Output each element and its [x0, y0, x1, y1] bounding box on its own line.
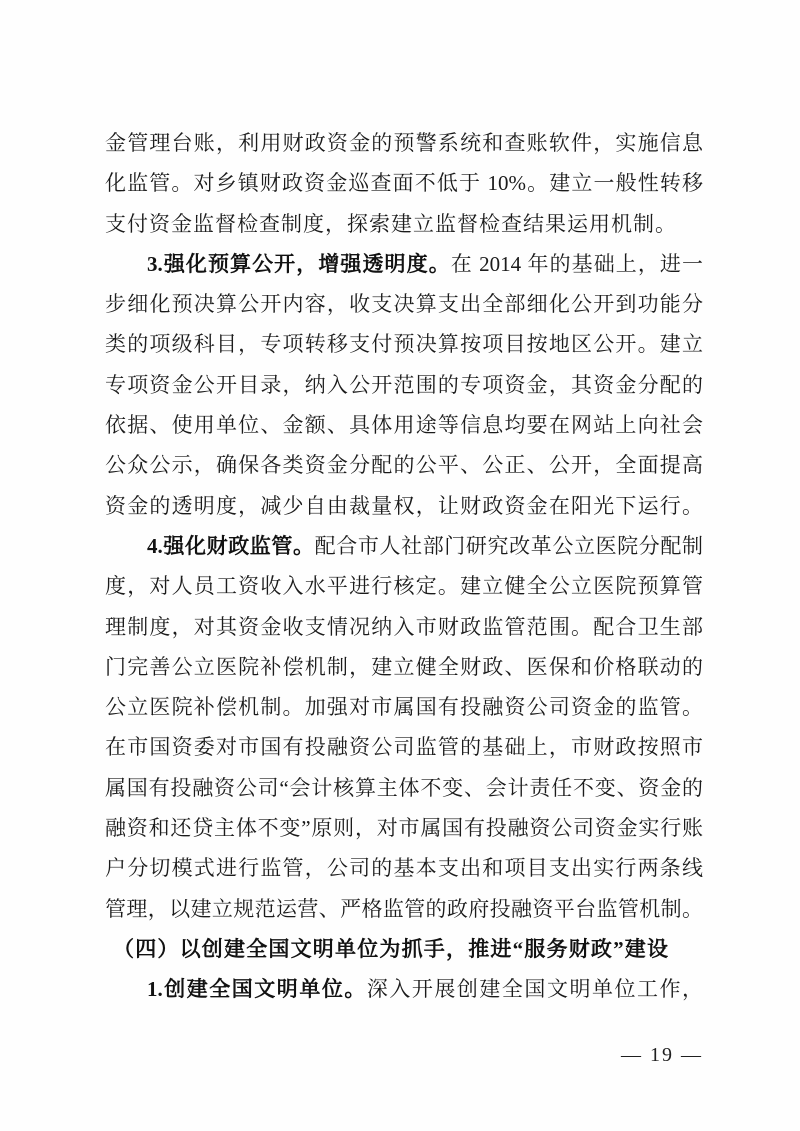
body-text: 金管理台账，利用财政资金的预警系统和查账软件，实施信息 [105, 131, 703, 155]
body-text: 门完善公立医院补偿机制，建立健全财政、医保和价格联动的 [105, 655, 703, 679]
text-line: 支付资金监督检查制度，探索建立监督检查结果运用机制。 [105, 204, 703, 244]
text-line: 融资和还贷主体不变”原则，对市属国有投融资公司资金实行账 [105, 808, 703, 848]
text-line: 度，对人员工资收入水平进行核定。建立健全公立医院预算管 [105, 566, 703, 606]
body-text: 度，对人员工资收入水平进行核定。建立健全公立医院预算管 [105, 574, 703, 598]
text-line: 公立医院补偿机制。加强对市属国有投融资公司资金的监管。 [105, 687, 703, 727]
text-line: 户分切模式进行监管，公司的基本支出和项目支出实行两条线 [105, 848, 703, 888]
text-line: 理制度，对其资金收支情况纳入市财政监管范围。配合卫生部 [105, 607, 703, 647]
text-line: 在市国资委对市国有投融资公司监管的基础上，市财政按照市 [105, 727, 703, 767]
text-line: 属国有投融资公司“会计核算主体不变、会计责任不变、资金的 [105, 768, 703, 808]
text-line: 公众公示，确保各类资金分配的公平、公正、公开，全面提高 [105, 445, 703, 485]
document-body: 金管理台账，利用财政资金的预警系统和查账软件，实施信息化监管。对乡镇财政资金巡查… [105, 123, 703, 1010]
text-line: 步细化预决算公开内容，收支决算支出全部细化公开到功能分 [105, 284, 703, 324]
body-text: 类的项级科目，专项转移支付预决算按项目按地区公开。建立 [105, 332, 703, 356]
text-line: 依据、使用单位、金额、具体用途等信息均要在网站上向社会 [105, 405, 703, 445]
text-line: 专项资金公开目录，纳入公开范围的专项资金，其资金分配的 [105, 365, 703, 405]
heading-text: 4.强化财政监管。 [147, 534, 315, 558]
body-text: 在市国资委对市国有投融资公司监管的基础上，市财政按照市 [105, 735, 703, 759]
body-text: 属国有投融资公司“会计核算主体不变、会计责任不变、资金的 [105, 776, 703, 800]
body-text: 步细化预决算公开内容，收支决算支出全部细化公开到功能分 [105, 292, 703, 316]
body-text: 依据、使用单位、金额、具体用途等信息均要在网站上向社会 [105, 413, 703, 437]
body-text: 融资和还贷主体不变”原则，对市属国有投融资公司资金实行账 [105, 816, 703, 840]
body-text: 公众公示，确保各类资金分配的公平、公正、公开，全面提高 [105, 453, 703, 477]
heading-text: 3.强化预算公开，增强透明度。 [147, 252, 451, 276]
body-text: 资金的透明度，减少自由裁量权，让财政资金在阳光下运行。 [105, 494, 703, 518]
text-line: 1.创建全国文明单位。深入开展创建全国文明单位工作， [105, 969, 703, 1009]
text-line: 类的项级科目，专项转移支付预决算按项目按地区公开。建立 [105, 324, 703, 364]
body-text: 深入开展创建全国文明单位工作， [367, 977, 703, 1001]
text-line: 3.强化预算公开，增强透明度。在 2014 年的基础上，进一 [105, 244, 703, 284]
body-text: 理制度，对其资金收支情况纳入市财政监管范围。配合卫生部 [105, 615, 703, 639]
text-line: 管理，以建立规范运营、严格监管的政府投融资平台监管机制。 [105, 889, 703, 929]
text-line: 4.强化财政监管。配合市人社部门研究改革公立医院分配制 [105, 526, 703, 566]
text-line: 资金的透明度，减少自由裁量权，让财政资金在阳光下运行。 [105, 486, 703, 526]
heading-text: 1.创建全国文明单位。 [147, 977, 367, 1001]
page-number: — 19 — [105, 1044, 703, 1067]
heading-text: （四）以创建全国文明单位为抓手，推进“服务财政”建设 [113, 937, 669, 961]
text-line: 化监管。对乡镇财政资金巡查面不低于 10%。建立一般性转移 [105, 163, 703, 203]
body-text: 公立医院补偿机制。加强对市属国有投融资公司资金的监管。 [105, 695, 703, 719]
text-line: 门完善公立医院补偿机制，建立健全财政、医保和价格联动的 [105, 647, 703, 687]
body-text: 户分切模式进行监管，公司的基本支出和项目支出实行两条线 [105, 856, 703, 880]
body-text: 支付资金监督检查制度，探索建立监督检查结果运用机制。 [105, 212, 677, 236]
body-text: 管理，以建立规范运营、严格监管的政府投融资平台监管机制。 [105, 897, 703, 921]
document-page: 金管理台账，利用财政资金的预警系统和查账软件，实施信息化监管。对乡镇财政资金巡查… [0, 0, 800, 1131]
body-text: 专项资金公开目录，纳入公开范围的专项资金，其资金分配的 [105, 373, 703, 397]
body-text: 配合市人社部门研究改革公立医院分配制 [315, 534, 703, 558]
body-text: 化监管。对乡镇财政资金巡查面不低于 10%。建立一般性转移 [105, 171, 703, 195]
text-line: 金管理台账，利用财政资金的预警系统和查账软件，实施信息 [105, 123, 703, 163]
text-line: （四）以创建全国文明单位为抓手，推进“服务财政”建设 [105, 929, 703, 969]
body-text: 在 2014 年的基础上，进一 [451, 252, 703, 276]
